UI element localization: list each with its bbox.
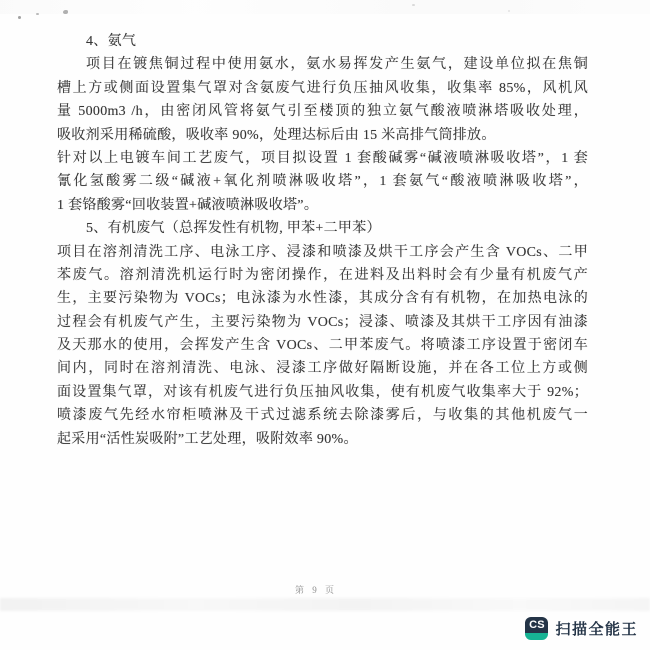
document-body: 4、氨气项目在镀焦铜过程中使用氨水，氨水易挥发产生氨气，建设单位拟在焦铜槽上方或… [57,30,588,451]
text-line-5: 吸收剂采用稀硫酸，吸收率 90%，处理达标后由 15 米高排气筒排放。 [57,124,588,147]
camscanner-logo-text: CS [529,617,545,633]
camscanner-watermark: CS 扫描全能王 [525,617,638,640]
text-line-9: 5、有机废气（总挥发性有机物, 甲苯+二甲苯） [57,217,588,240]
scan-edge-artifact-top [0,0,650,14]
camscanner-logo-icon: CS [525,617,548,640]
camscanner-app-name: 扫描全能王 [555,618,638,639]
text-line-10: 项目在溶剂清洗工序、电泳工序、浸漆和喷漆及烘干工序会产生含 VOCs、二甲 [57,241,588,264]
scan-speck [412,4,415,6]
scan-speck [36,13,39,15]
text-line-8: 1 套铬酸雾“回收装置+碱液喷淋吸收塔”。 [57,194,588,217]
scan-speck [508,10,510,12]
text-line-2: 项目在镀焦铜过程中使用氨水，氨水易挥发产生氨气，建设单位拟在焦铜 [57,53,588,76]
scanned-page: 4、氨气项目在镀焦铜过程中使用氨水，氨水易挥发产生氨气，建设单位拟在焦铜槽上方或… [0,0,650,650]
text-line-7: 氰化氢酸雾二级“碱液+氧化剂喷淋吸收塔”，1 套氨气“酸液喷淋吸收塔”， [57,170,588,193]
text-line-3: 槽上方或侧面设置集气罩对含氨废气进行负压抽风收集，收集率 85%，风机风 [57,77,588,100]
scan-speck [63,10,68,14]
text-line-14: 及天那水的使用，会挥发产生含 VOCs、二甲苯废气。将喷漆工序设置于密闭车 [57,334,588,357]
text-line-4: 量 5000m3 /h，由密闭风管将氨气引至楼顶的独立氨气酸液喷淋塔吸收处理， [57,100,588,123]
scan-edge-artifact-bottom [0,598,650,611]
text-line-1: 4、氨气 [57,30,588,53]
page-number: 第 9 页 [0,583,632,596]
text-line-11: 苯废气。溶剂清洗机运行时为密闭操作，在进料及出料时会有少量有机废气产 [57,264,588,287]
text-line-18: 起采用“活性炭吸附”工艺处理，吸附效率 90%。 [57,428,588,451]
scan-speck [18,16,21,19]
text-line-17: 喷漆废气先经水帘柜喷淋及干式过滤系统去除漆雾后，与收集的其他机废气一 [57,404,588,427]
text-line-13: 过程会有机废气产生，主要污染物为 VOCs；浸漆、喷漆及其烘干工序因有油漆 [57,311,588,334]
text-line-15: 间内，同时在溶剂清洗、电泳、浸漆工序做好隔断设施，并在各工位上方或侧 [57,357,588,380]
text-line-16: 面设置集气罩，对该有机废气进行负压抽风收集，使有机废气收集率大于 92%； [57,381,588,404]
text-line-6: 针对以上电镀车间工艺废气，项目拟设置 1 套酸碱雾“碱液喷淋吸收塔”，1 套 [57,147,588,170]
text-line-12: 生，主要污染物为 VOCs；电泳漆为水性漆，其成分含有有机物，在加热电泳的 [57,287,588,310]
